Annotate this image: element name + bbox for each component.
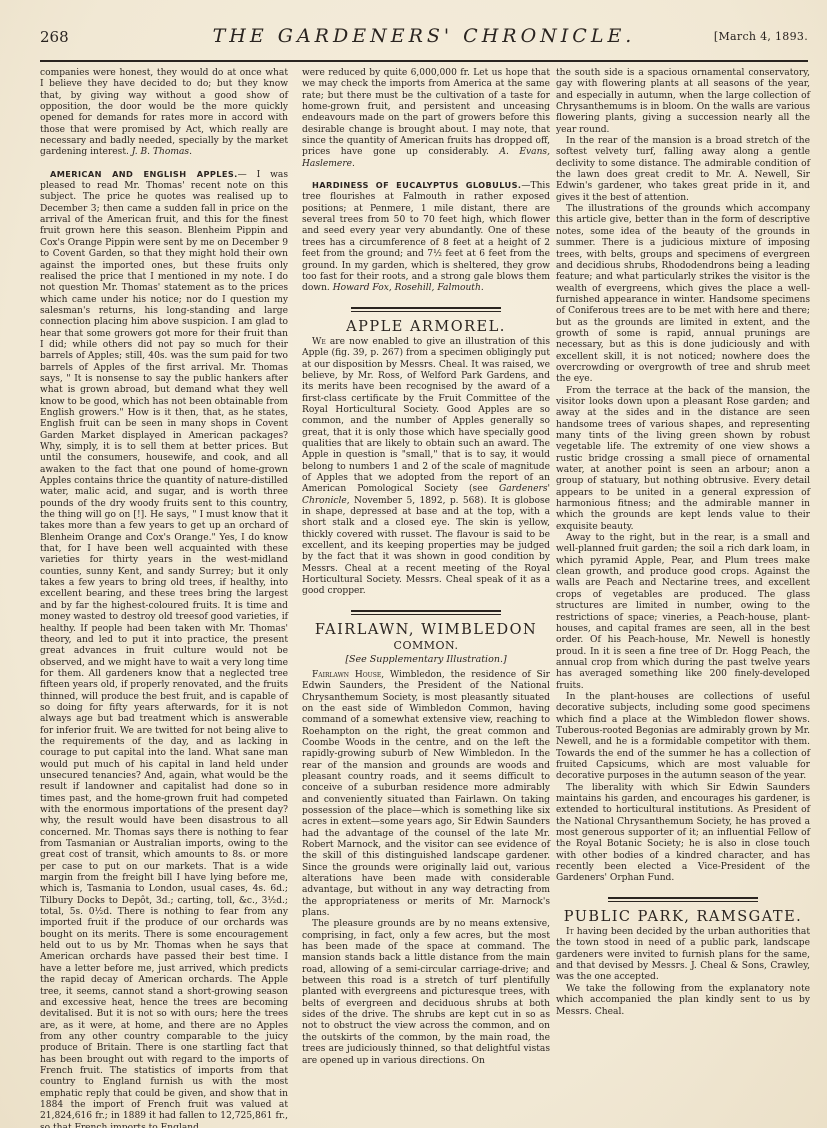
article-paragraph: In the plant-houses are collections of u… bbox=[556, 692, 810, 783]
signature: J. B. Thomas. bbox=[132, 147, 192, 157]
section-title-apple-armorel: APPLE ARMOREL. bbox=[302, 322, 550, 333]
supplementary-note: [See Supplementary Illustration.] bbox=[302, 654, 550, 665]
continued-paragraph: companies were honest, they would do at … bbox=[40, 68, 288, 159]
article-heading: AMERICAN AND ENGLISH APPLES. bbox=[50, 169, 238, 179]
header-rule bbox=[40, 60, 808, 62]
issue-date: [March 4, 1893. bbox=[714, 30, 808, 43]
section-title-fairlawn: FAIRLAWN, WIMBLEDON bbox=[302, 625, 550, 636]
article-paragraph: From the terrace at the back of the mans… bbox=[556, 386, 810, 533]
article-paragraph: We take the following from the explanato… bbox=[556, 984, 810, 1018]
column-1: companies were honest, they would do at … bbox=[40, 68, 288, 1128]
column-2: were reduced by quite 6,000,000 fr. Let … bbox=[302, 68, 550, 1067]
masthead: THE GARDENERS' CHRONICLE. bbox=[40, 25, 808, 47]
page-header: 268 THE GARDENERS' CHRONICLE. [March 4, … bbox=[40, 0, 808, 62]
section-divider bbox=[351, 307, 501, 312]
continued-paragraph: were reduced by quite 6,000,000 fr. Let … bbox=[302, 68, 550, 170]
section-divider bbox=[608, 897, 758, 902]
section-divider bbox=[351, 610, 501, 615]
article-heading: HARDINESS OF EUCALYPTUS GLOBULUS. bbox=[312, 180, 521, 190]
signature: Howard Fox, Rosehill, Falmouth. bbox=[333, 283, 484, 293]
article-paragraph: The pleasure grounds are by no means ext… bbox=[302, 919, 550, 1066]
article-paragraph: The illustrations of the grounds which a… bbox=[556, 204, 810, 386]
article-paragraph: In the rear of the mansion is a broad st… bbox=[556, 136, 810, 204]
article-paragraph: the south side is a spacious ornamental … bbox=[556, 68, 810, 136]
section-title-ramsgate: PUBLIC PARK, RAMSGATE. bbox=[556, 912, 810, 923]
article-paragraph: The liberality with which Sir Edwin Saun… bbox=[556, 783, 810, 885]
section-subtitle: COMMON. bbox=[302, 640, 550, 651]
newspaper-page: 268 THE GARDENERS' CHRONICLE. [March 4, … bbox=[0, 0, 827, 1128]
column-3: the south side is a spacious ornamental … bbox=[556, 68, 810, 1018]
article-paragraph: Fairlawn House, Wimbledon, the residence… bbox=[302, 670, 550, 920]
article-eucalyptus: HARDINESS OF EUCALYPTUS GLOBULUS.—This t… bbox=[302, 180, 550, 294]
article-apple-armorel: We are now enabled to give an illustrati… bbox=[302, 337, 550, 598]
article-paragraph: Away to the right, but in the rear, is a… bbox=[556, 533, 810, 692]
article-paragraph: It having been decided by the urban auth… bbox=[556, 927, 810, 984]
article-american-english-apples: AMERICAN AND ENGLISH APPLES.— I was plea… bbox=[40, 169, 288, 1128]
